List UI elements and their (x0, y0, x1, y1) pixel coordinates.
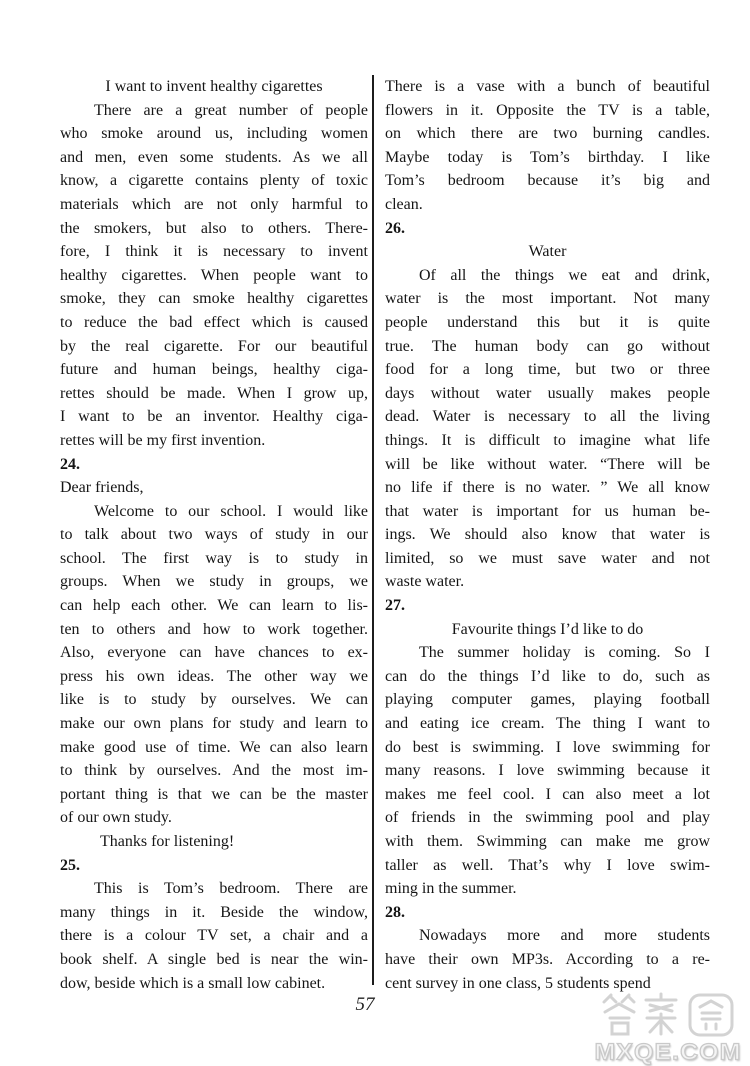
section-number: 27. (385, 594, 710, 618)
text-block: Water (385, 240, 710, 264)
text-line: future and human beings, healthy ciga- (60, 358, 368, 382)
text-line: do best is swimming. I love swimming for (385, 736, 710, 760)
text-block: I want to invent healthy cigarettes (60, 75, 368, 99)
text-line: and eating ice cream. The thing I want t… (385, 712, 710, 736)
text-line: to think by ourselves. And the most im- (60, 759, 368, 783)
text-line: rettes will be my first invention. (60, 429, 368, 453)
text-line: make good use of time. We can also learn (60, 736, 368, 760)
text-block: Dear friends, (60, 476, 368, 500)
text-line: clean. (385, 193, 710, 217)
text-line: materials which are not only harmful to (60, 193, 368, 217)
text-line: on which there are two burning candles. (385, 122, 710, 146)
text-line: There is a vase with a bunch of beautifu… (385, 75, 710, 99)
text-line: Also, everyone can have chances to ex- (60, 641, 368, 665)
text-line: like is to study by ourselves. We can (60, 688, 368, 712)
text-line: playing computer games, playing football (385, 688, 710, 712)
text-block: There are a great number of peoplewho sm… (60, 99, 368, 453)
text-line: smoke, they can smoke healthy cigarettes (60, 287, 368, 311)
text-line: There are a great number of people (60, 99, 368, 123)
text-block: Nowadays more and more studentshave thei… (385, 924, 710, 995)
text-line: days without water usually makes people (385, 382, 710, 406)
answer-circle-logo-icon (598, 992, 738, 1038)
text-line: to reduce the bad effect which is caused (60, 311, 368, 335)
text-line: the smokers, but also to others. There- (60, 217, 368, 241)
two-column-text-area: I want to invent healthy cigarettesThere… (60, 75, 710, 995)
column-left: I want to invent healthy cigarettesThere… (60, 75, 368, 995)
text-line: have their own MP3s. According to a re- (385, 948, 710, 972)
watermark: MXQE.COM (588, 992, 748, 1066)
text-line: book shelf. A single bed is near the win… (60, 948, 368, 972)
text-line: The summer holiday is coming. So I (385, 641, 710, 665)
text-line: who smoke around us, including women (60, 122, 368, 146)
text-line: know, a cigarette contains plenty of tox… (60, 169, 368, 193)
text-line: things. It is difficult to imagine what … (385, 429, 710, 453)
text-line: portant thing is that we can be the mast… (60, 783, 368, 807)
text-line: that water is important for us human be- (385, 500, 710, 524)
text-line: healthy cigarettes. When people want to (60, 264, 368, 288)
text-line: and men, even some students. As we all (60, 146, 368, 170)
text-line: ming in the summer. (385, 877, 710, 901)
text-block: There is a vase with a bunch of beautifu… (385, 75, 710, 217)
text-line: school. The first way is to study in (60, 547, 368, 571)
text-line: no life if there is no water. ” We all k… (385, 476, 710, 500)
text-line: groups. When we study in groups, we (60, 570, 368, 594)
text-line: of our own study. (60, 806, 368, 830)
text-line: can do the things I’d like to do, such a… (385, 665, 710, 689)
scanned-book-page: I want to invent healthy cigarettesThere… (0, 0, 750, 1066)
text-block: Thanks for listening! (60, 830, 368, 854)
text-block: Of all the things we eat and drink,water… (385, 264, 710, 594)
text-line: press his own ideas. The other way we (60, 665, 368, 689)
section-number: 25. (60, 854, 368, 878)
text-line: food for a long time, but two or three (385, 358, 710, 382)
text-line: rettes should be made. When I grow up, (60, 382, 368, 406)
text-block: This is Tom’s bedroom. There aremany thi… (60, 877, 368, 995)
text-block: The summer holiday is coming. So Ican do… (385, 641, 710, 901)
text-line: with them. Swimming can make me grow (385, 830, 710, 854)
text-line: I want to be an inventor. Healthy ciga- (60, 405, 368, 429)
text-line: flowers in it. Opposite the TV is a tabl… (385, 99, 710, 123)
text-line: fore, I think it is necessary to invent (60, 240, 368, 264)
text-line: dead. Water is necessary to all the livi… (385, 405, 710, 429)
text-line: taller as well. That’s why I love swim- (385, 854, 710, 878)
text-line: Tom’s bedroom because it’s big and (385, 169, 710, 193)
section-number: 26. (385, 217, 710, 241)
text-line: to talk about two ways of study in our (60, 523, 368, 547)
text-line: many reasons. I love swimming because it (385, 759, 710, 783)
column-divider-rule (372, 75, 374, 985)
text-line: This is Tom’s bedroom. There are (60, 877, 368, 901)
text-line: makes me feel cool. I can also meet a lo… (385, 783, 710, 807)
text-line: can help each other. We can learn to lis… (60, 594, 368, 618)
text-line: water is the most important. Not many (385, 287, 710, 311)
text-line: by the real cigarette. For our beautiful (60, 335, 368, 359)
watermark-site-text: MXQE.COM (588, 1039, 748, 1066)
text-line: make our own plans for study and learn t… (60, 712, 368, 736)
text-line: Welcome to our school. I would like (60, 500, 368, 524)
text-line: waste water. (385, 570, 710, 594)
text-line: ings. We should also know that water is (385, 523, 710, 547)
text-line: Maybe today is Tom’s birthday. I like (385, 146, 710, 170)
text-line: people understand this but it is quite (385, 311, 710, 335)
text-block: Favourite things I’d like to do (385, 618, 710, 642)
text-line: limited, so we must save water and not (385, 547, 710, 571)
text-line: will be like without water. “There will … (385, 453, 710, 477)
text-line: there is a colour TV set, a chair and a (60, 924, 368, 948)
text-line: Nowadays more and more students (385, 924, 710, 948)
section-number: 24. (60, 453, 368, 477)
text-block: Welcome to our school. I would liketo ta… (60, 500, 368, 830)
text-line: of friends in the swimming pool and play (385, 806, 710, 830)
section-number: 28. (385, 901, 710, 925)
text-line: Of all the things we eat and drink, (385, 264, 710, 288)
column-right: There is a vase with a bunch of beautifu… (385, 75, 710, 995)
text-line: dow, beside which is a small low cabinet… (60, 972, 368, 996)
text-line: many things in it. Beside the window, (60, 901, 368, 925)
text-line: ten to others and how to work together. (60, 618, 368, 642)
text-line: true. The human body can go without (385, 335, 710, 359)
